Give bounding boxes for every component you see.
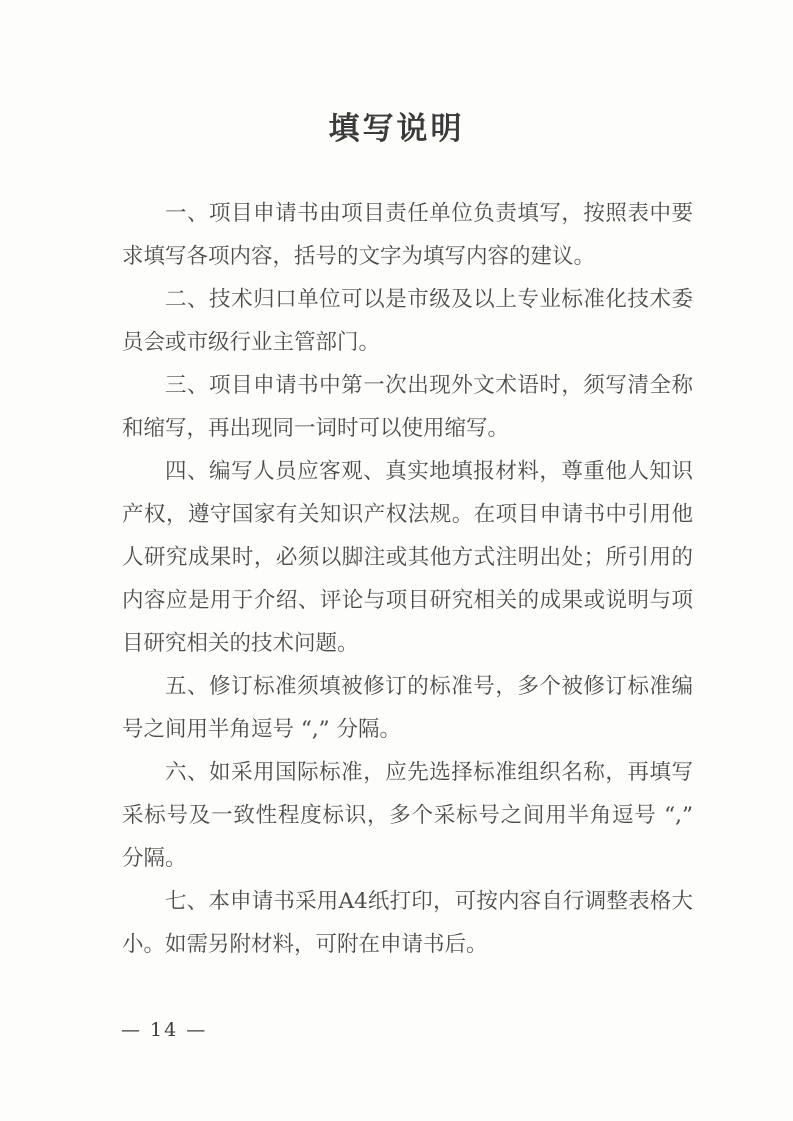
instruction-paragraph-2: 二、技术归口单位可以是市级及以上专业标准化技术委员会或市级行业主管部门。 bbox=[122, 278, 693, 364]
instruction-paragraph-1: 一、项目申请书由项目责任单位负责填写，按照表中要求填写各项内容，括号的文字为填写… bbox=[122, 192, 693, 278]
page-number: — 14 — bbox=[121, 1019, 207, 1041]
instruction-paragraph-6: 六、如采用国际标准，应先选择标准组织名称，再填写采标号及一致性程度标识，多个采标… bbox=[122, 751, 693, 880]
document-page: 填写说明 一、项目申请书由项目责任单位负责填写，按照表中要求填写各项内容，括号的… bbox=[0, 0, 793, 1121]
instructions-body: 一、项目申请书由项目责任单位负责填写，按照表中要求填写各项内容，括号的文字为填写… bbox=[122, 192, 693, 966]
instruction-paragraph-3: 三、项目申请书中第一次出现外文术语时，须写清全称和缩写，再出现同一词时可以使用缩… bbox=[122, 364, 693, 450]
instruction-paragraph-4: 四、编写人员应客观、真实地填报材料，尊重他人知识产权，遵守国家有关知识产权法规。… bbox=[122, 450, 693, 665]
page-title: 填写说明 bbox=[0, 103, 793, 148]
instruction-paragraph-5: 五、修订标准须填被修订的标准号，多个被修订标准编号之间用半角逗号 “,” 分隔。 bbox=[122, 665, 693, 751]
instruction-paragraph-7: 七、本申请书采用A4纸打印，可按内容自行调整表格大小。如需另附材料，可附在申请书… bbox=[122, 880, 693, 966]
